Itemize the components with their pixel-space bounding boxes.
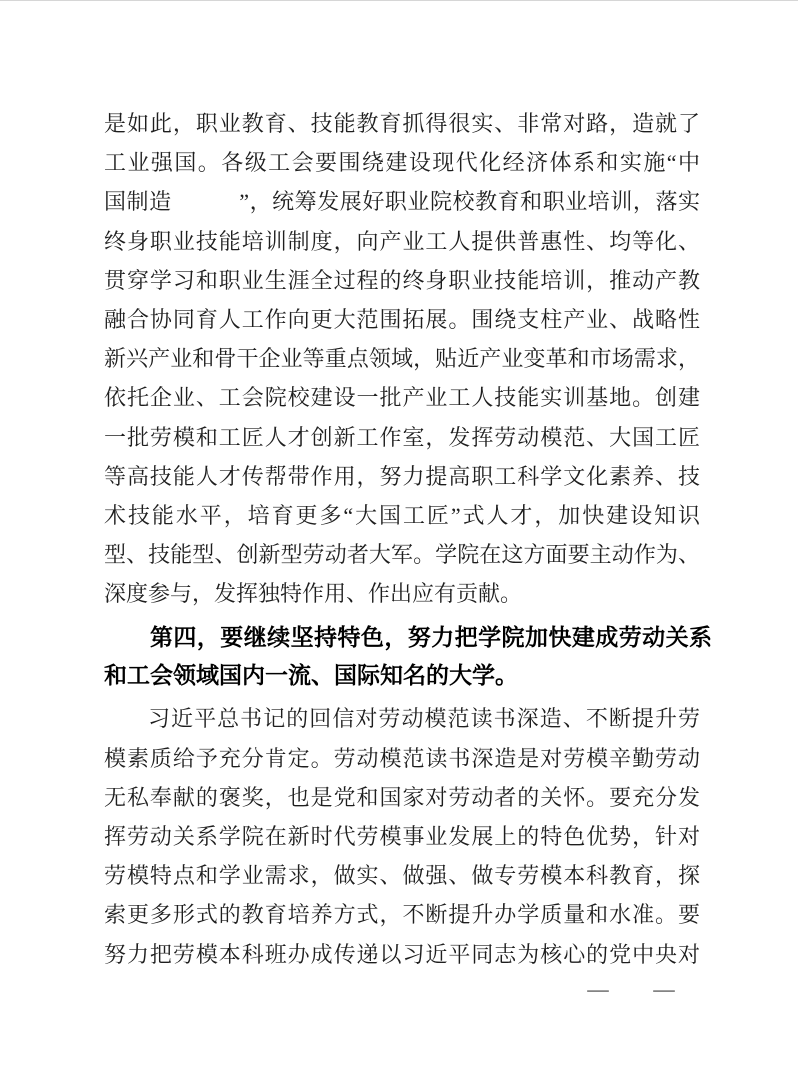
document-page: 是如此，职业教育、技能教育抓得很实、非常对路，造就了工业强国。各级工会要围绕建设… <box>0 0 798 1090</box>
footer-dash-left: — <box>586 978 610 1002</box>
text-block: 是如此，职业教育、技能教育抓得很实、非常对路，造就了工业强国。各级工会要围绕建设… <box>104 104 700 974</box>
footer-dash-right: — <box>652 978 676 1002</box>
text-line: 索更多形式的教育培养方式，不断提升办学质量和水准。要 <box>104 895 700 934</box>
text-line: 融合协同育人工作向更大范围拓展。围绕支柱产业、战略性 <box>104 300 700 339</box>
text-line: 等高技能人才传帮带作用，努力提高职工科学文化素养、技 <box>104 457 700 496</box>
text-line: 贯穿学习和职业生涯全过程的终身职业技能培训，推动产教 <box>104 261 700 300</box>
text-line: 深度参与，发挥独特作用、作出应有贡献。 <box>104 574 700 613</box>
heading-line: 和工会领域国内一流、国际知名的大学。 <box>104 656 712 694</box>
text-line: 型、技能型、创新型劳动者大军。学院在这方面要主动作为、 <box>104 535 700 574</box>
text-line: 终身职业技能培训制度，向产业工人提供普惠性、均等化、 <box>104 222 700 261</box>
text-line: 国制造 ”，统筹发展好职业院校教育和职业培训，落实 <box>104 182 700 221</box>
text-line: 习近平总书记的回信对劳动模范读书深造、不断提升劳 <box>104 699 700 738</box>
text-line: 模素质给予充分肯定。劳动模范读书深造是对劳模辛勤劳动 <box>104 739 700 778</box>
scan-edge-line <box>0 0 798 1</box>
text-line: 一批劳模和工匠人才创新工作室，发挥劳动模范、大国工匠 <box>104 418 700 457</box>
text-line: 劳模特点和学业需求，做实、做强、做专劳模本科教育，探 <box>104 856 700 895</box>
text-line: 工业强国。各级工会要围绕建设现代化经济体系和实施“中 <box>104 143 700 182</box>
text-line: 无私奉献的褒奖，也是党和国家对劳动者的关怀。要充分发 <box>104 778 700 817</box>
text-line: 依托企业、工会院校建设一批产业工人技能实训基地。创建 <box>104 378 700 417</box>
text-line: 是如此，职业教育、技能教育抓得很实、非常对路，造就了 <box>104 104 700 143</box>
text-line: 新兴产业和骨干企业等重点领域，贴近产业变革和市场需求， <box>104 339 700 378</box>
page-number-footer: — — <box>0 978 798 1006</box>
text-line: 挥劳动关系学院在新时代劳模事业发展上的特色优势，针对 <box>104 817 700 856</box>
heading-line: 第四，要继续坚持特色，努力把学院加快建成劳动关系 <box>104 618 712 656</box>
text-line: 术技能水平，培育更多“大国工匠”式人才，加快建设知识 <box>104 496 700 535</box>
text-line: 努力把劳模本科班办成传递以习近平同志为核心的党中央对 <box>104 935 700 974</box>
